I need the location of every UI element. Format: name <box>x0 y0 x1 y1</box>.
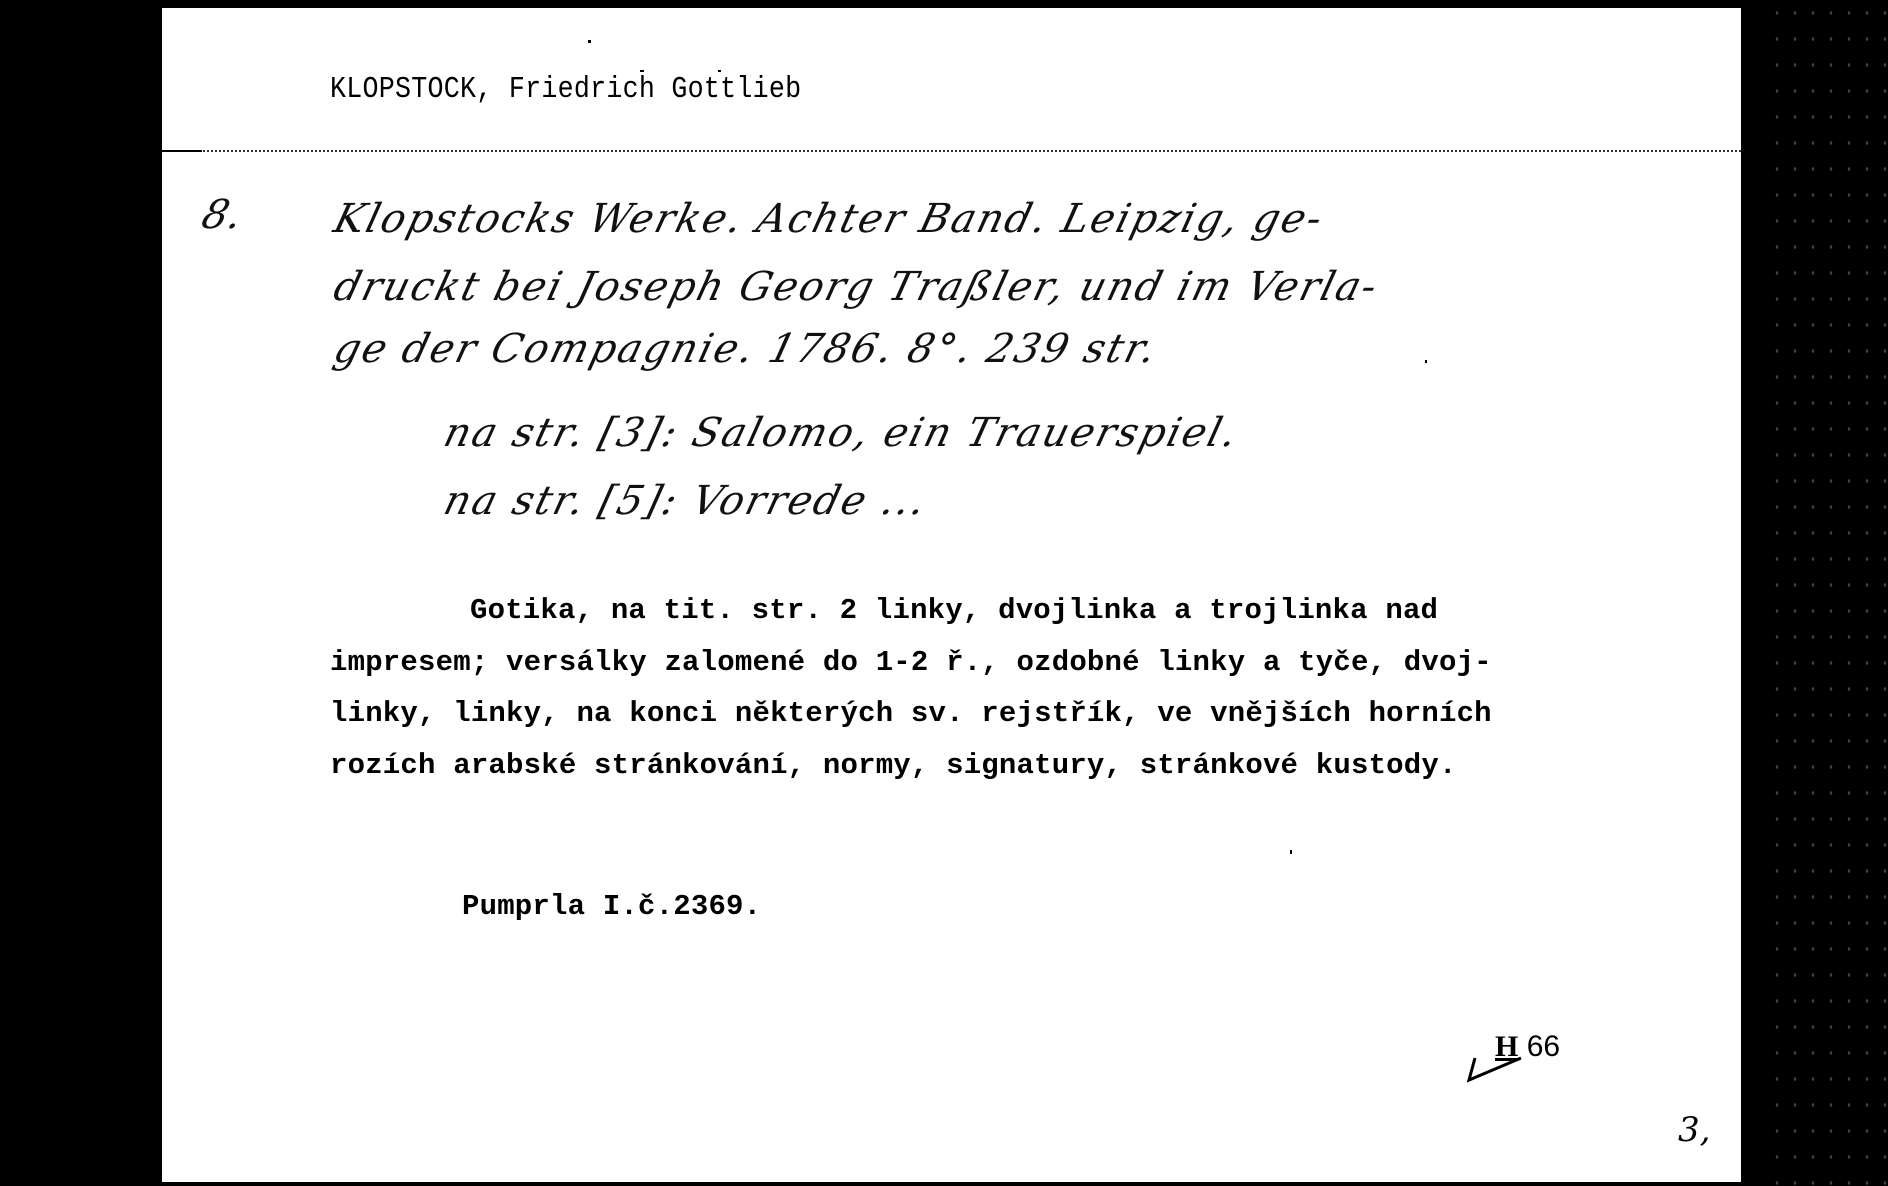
scan-speck <box>1425 360 1427 363</box>
handwritten-note: na str. [5]: Vorrede ... <box>439 478 932 524</box>
shelf-mark-number: 66 <box>1527 1030 1560 1063</box>
typed-description-line: rozích arabské stránkování, normy, signa… <box>330 749 1457 782</box>
header-divider <box>162 150 1741 152</box>
scan-speck <box>1290 850 1292 854</box>
handwritten-line: ge der Compagnie. 1786. 8°. 239 str. <box>329 326 1162 372</box>
typed-description-line: Gotika, na tit. str. 2 linky, dvojlinka … <box>470 594 1438 627</box>
header-divider-mark <box>162 150 202 152</box>
shelf-mark: H 66 <box>1495 1030 1560 1064</box>
source-reference: Pumprla I.č.2369. <box>462 890 761 923</box>
handwritten-note: na str. [3]: Salomo, ein Trauerspiel. <box>439 410 1243 456</box>
shelf-mark-letter: H <box>1495 1030 1518 1063</box>
typed-description-line: impresem; versálky zalomené do 1-2 ř., o… <box>330 646 1492 679</box>
typed-description-line: linky, linky, na konci některých sv. rej… <box>330 697 1492 730</box>
card-heading-author: KLOPSTOCK, Friedrich Gottlieb <box>330 72 801 107</box>
handwritten-line: Klopstocks Werke. Achter Band. Leipzig, … <box>329 196 1328 242</box>
handwritten-line: druckt bei Joseph Georg Traßler, und im … <box>329 264 1383 310</box>
scan-speck <box>588 40 591 43</box>
page-number: 3, <box>1678 1110 1710 1150</box>
scan-edge-noise <box>1768 0 1888 1186</box>
